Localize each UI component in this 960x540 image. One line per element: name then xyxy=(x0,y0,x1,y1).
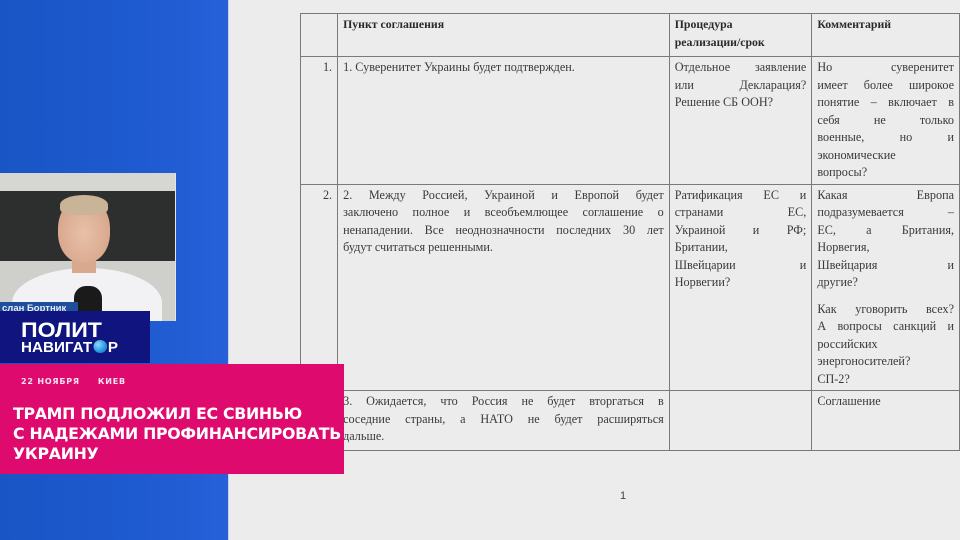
row-comment: Соглашение xyxy=(812,391,960,451)
comment-text: Какая Европаподразумевается –ЕС, а Брита… xyxy=(817,187,954,389)
page-number: 1 xyxy=(620,490,626,502)
comment-text: Соглашение xyxy=(817,393,954,411)
presenter-video xyxy=(0,173,176,321)
news-date: 22 НОЯБРЯ xyxy=(21,377,80,386)
row-item: 3. Ожидается, что Россия не будет вторга… xyxy=(338,391,670,451)
agreement-table: Пункт соглашения Процедурареализации/сро… xyxy=(300,13,960,451)
row-procedure: Отдельное заявлениеили Декларация?Решени… xyxy=(669,57,812,185)
row-number: 1. xyxy=(301,57,338,185)
row-number: 2. xyxy=(301,184,338,391)
row-comment: Какая Европаподразумевается –ЕС, а Брита… xyxy=(812,184,960,391)
politnavigator-logo: ПОЛИТ НАВИГАТР xyxy=(0,311,150,363)
table-row: 2. 2. Между Россией, Украиной и Европой … xyxy=(301,184,960,391)
logo-line-1: ПОЛИТ xyxy=(21,322,102,340)
table-row: 3. Ожидается, что Россия не будет вторга… xyxy=(301,391,960,451)
globe-icon xyxy=(93,340,107,353)
procedure-text: Отдельное заявлениеили Декларация?Решени… xyxy=(675,59,807,112)
header-comment: Комментарий xyxy=(812,14,960,57)
row-procedure xyxy=(669,391,812,451)
row-comment: Но суверенитетимеет более широкоепонятие… xyxy=(812,57,960,185)
procedure-text: Ратификация ЕС истранами ЕС,Украиной и Р… xyxy=(675,187,807,292)
row-procedure: Ратификация ЕС истранами ЕС,Украиной и Р… xyxy=(669,184,812,391)
news-meta: 22 НОЯБРЯКИЕВ xyxy=(21,377,126,386)
table-row: 1. 1. Суверенитет Украины будет подтверж… xyxy=(301,57,960,185)
news-location: КИЕВ xyxy=(98,377,126,386)
header-num xyxy=(301,14,338,57)
row-item: 1. Суверенитет Украины будет подтвержден… xyxy=(338,57,670,185)
table-header-row: Пункт соглашения Процедурареализации/сро… xyxy=(301,14,960,57)
item-text: 2. Между Россией, Украиной и Европой буд… xyxy=(343,187,664,257)
news-lower-third: 22 НОЯБРЯКИЕВ ТРАМП ПОДЛОЖИЛ ЕС СВИНЬЮ С… xyxy=(0,364,344,474)
row-item: 2. Между Россией, Украиной и Европой буд… xyxy=(338,184,670,391)
logo-line-2: НАВИГАТР xyxy=(21,340,118,355)
header-agreement-item: Пункт соглашения xyxy=(338,14,670,57)
news-headline: ТРАМП ПОДЛОЖИЛ ЕС СВИНЬЮ С НАДЕЖАМИ ПРОФ… xyxy=(13,404,343,464)
comment-text: Но суверенитетимеет более широкоепонятие… xyxy=(817,59,954,182)
item-text: 3. Ожидается, что Россия не будет вторга… xyxy=(343,393,664,446)
header-procedure: Процедурареализации/срок xyxy=(669,14,812,57)
